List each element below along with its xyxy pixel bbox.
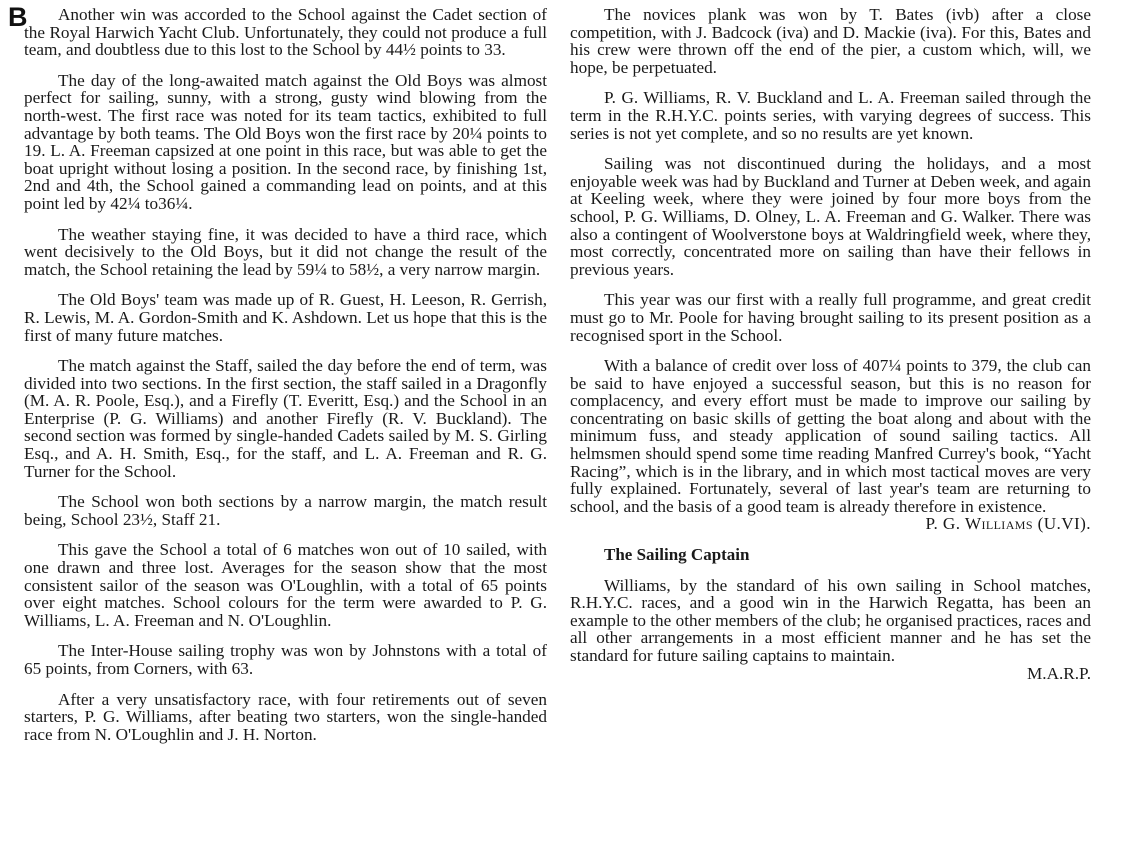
paragraph-staff-match: The match against the Staff, sailed the … bbox=[24, 357, 547, 480]
paragraph-novices-plank: The novices plank was won by T. Bates (i… bbox=[570, 6, 1091, 76]
author-signature: P. G. Williams (U.VI). bbox=[570, 515, 1091, 533]
paragraph-cadet-match: Another win was accorded to the School a… bbox=[24, 6, 547, 59]
right-column: The novices plank was won by T. Bates (i… bbox=[570, 6, 1091, 695]
left-column: Another win was accorded to the School a… bbox=[24, 6, 547, 743]
paragraph-old-boys-team: The Old Boys' team was made up of R. Gue… bbox=[24, 291, 547, 344]
section-heading: The Sailing Captain bbox=[570, 546, 1091, 564]
paragraph-third-race: The weather staying fine, it was decided… bbox=[24, 226, 547, 279]
paragraph-full-programme: This year was our first with a really fu… bbox=[570, 291, 1091, 344]
paragraph-season-balance: With a balance of credit over loss of 40… bbox=[570, 357, 1091, 515]
paragraph-season-summary: This gave the School a total of 6 matche… bbox=[24, 541, 547, 629]
section-signature: M.A.R.P. bbox=[570, 665, 1091, 683]
paragraph-staff-result: The School won both sections by a narrow… bbox=[24, 493, 547, 528]
paragraph-single-handed: After a very unsatisfactory race, with f… bbox=[24, 691, 547, 744]
paragraph-rhyc-series: P. G. Williams, R. V. Buckland and L. A.… bbox=[570, 89, 1091, 142]
paragraph-inter-house: The Inter-House sailing trophy was won b… bbox=[24, 642, 547, 677]
paragraph-sailing-captain: Williams, by the standard of his own sai… bbox=[570, 577, 1091, 665]
paragraph-holidays: Sailing was not discontinued during the … bbox=[570, 155, 1091, 278]
paragraph-old-boys-match: The day of the long-awaited match agains… bbox=[24, 72, 547, 213]
